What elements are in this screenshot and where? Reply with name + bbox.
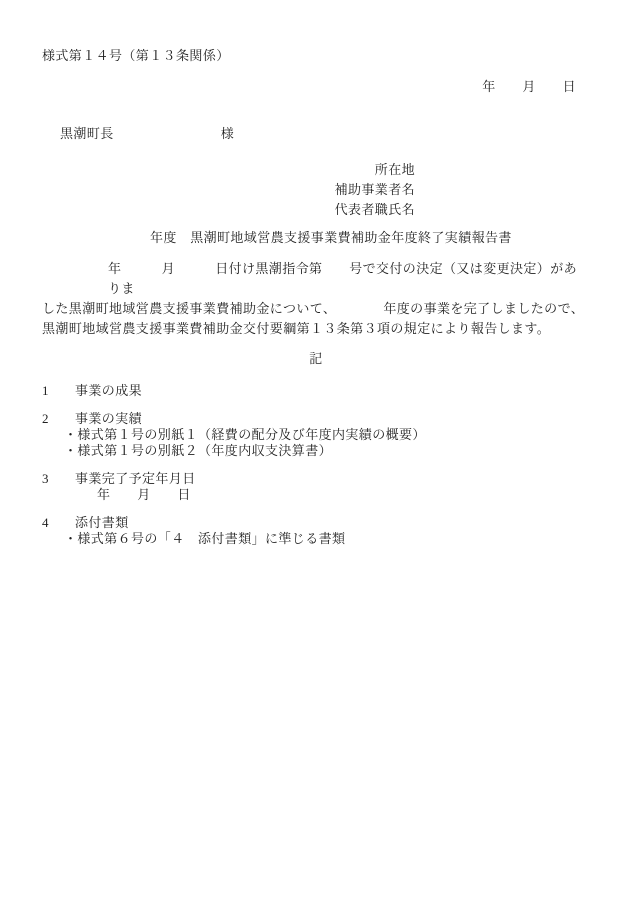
item-list: 1 事業の成果 2 事業の実績 ・様式第１号の別紙１（経費の配分及び年度内実績の…: [42, 383, 590, 547]
item-1-label: 事業の成果: [75, 383, 142, 399]
body-paragraph: 年 月 日付け黒潮指令第 号で交付の決定（又は変更決定）がありま した黒潮町地域…: [42, 259, 590, 339]
item-2-head: 2 事業の実績: [42, 411, 590, 427]
item-4-sub-1: ・様式第６号の「４ 添付書類」に準じる書類: [42, 531, 590, 547]
item-1-head: 1 事業の成果: [42, 383, 590, 399]
section-marker-ki: 記: [42, 351, 590, 367]
item-4-label: 添付書類: [75, 515, 129, 531]
form-number: 様式第１４号（第１３条関係）: [42, 48, 590, 64]
item-1-number: 1: [42, 383, 75, 399]
body-line-1: 年 月 日付け黒潮指令第 号で交付の決定（又は変更決定）がありま: [42, 259, 590, 299]
signature-business-name-label: 補助事業者名: [42, 180, 415, 200]
item-2-sub-2: ・様式第１号の別紙２（年度内収支決算書）: [42, 443, 590, 459]
body-line-3: 黒潮町地域営農支援事業費補助金交付要綱第１３条第３項の規定により報告します。: [42, 319, 590, 339]
signature-address-label: 所在地: [42, 160, 415, 180]
list-item-3: 3 事業完了予定年月日 年 月 日: [42, 471, 590, 503]
signature-representative-label: 代表者職氏名: [42, 200, 415, 220]
item-2-label: 事業の実績: [75, 411, 142, 427]
item-2-sub-1: ・様式第１号の別紙１（経費の配分及び年度内実績の概要）: [42, 427, 590, 443]
list-item-1: 1 事業の成果: [42, 383, 590, 399]
date-line: 年 月 日: [42, 79, 590, 95]
item-4-head: 4 添付書類: [42, 515, 590, 531]
item-3-number: 3: [42, 471, 75, 487]
item-2-number: 2: [42, 411, 75, 427]
item-3-date-line: 年 月 日: [42, 487, 590, 503]
list-item-2: 2 事業の実績 ・様式第１号の別紙１（経費の配分及び年度内実績の概要） ・様式第…: [42, 411, 590, 459]
list-item-4: 4 添付書類 ・様式第６号の「４ 添付書類」に準じる書類: [42, 515, 590, 547]
item-3-head: 3 事業完了予定年月日: [42, 471, 590, 487]
item-4-number: 4: [42, 515, 75, 531]
signature-block: 所在地 補助事業者名 代表者職氏名: [42, 160, 415, 220]
document-title: 年度 黒潮町地域営農支援事業費補助金年度終了実績報告書: [42, 230, 590, 246]
body-line-2: した黒潮町地域営農支援事業費補助金について、 年度の事業を完了しましたので、: [42, 299, 590, 319]
document-page: 様式第１４号（第１３条関係） 年 月 日 黒潮町長 様 所在地 補助事業者名 代…: [0, 0, 630, 903]
addressee-line: 黒潮町長 様: [42, 126, 590, 142]
item-3-label: 事業完了予定年月日: [75, 471, 196, 487]
